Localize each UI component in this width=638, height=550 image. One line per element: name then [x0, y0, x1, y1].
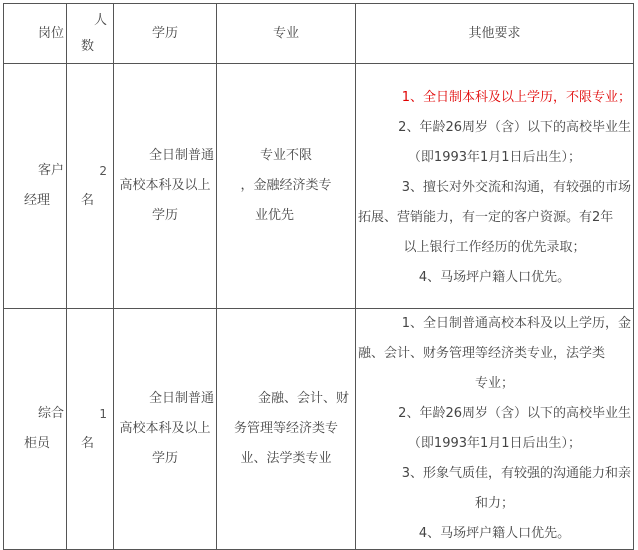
requirement-line: 融、会计、财务管理等经济类专业，法学类: [356, 339, 633, 369]
major-cell: 专业不限 ，金融经济类专 业优先: [217, 64, 356, 309]
count-number: 2: [67, 156, 113, 186]
requirement-line: （即1993年1月1日后出生）；: [356, 143, 633, 173]
major-line: ，金融经济类专: [217, 171, 355, 201]
count-cell: 1 名: [67, 309, 114, 550]
requirement-line-highlighted: 1、全日制本科及以上学历，不限专业；: [356, 83, 633, 113]
header-other-label: 其他要求: [468, 26, 520, 41]
header-row: 岗位 人 数 学历 专业 其他要求: [4, 4, 634, 64]
other-requirements-cell: 1、全日制本科及以上学历，不限专业； 2、年龄26周岁（含）以下的高校毕业生 （…: [356, 64, 634, 309]
header-count-top: 人: [67, 8, 113, 34]
position-cell: 综合 柜员: [4, 309, 67, 550]
education-line: 高校本科及以上: [114, 171, 216, 201]
education-line: 学历: [114, 444, 216, 474]
major-cell: 金融、会计、财 务管理等经济类专 业、法学类专业: [217, 309, 356, 550]
requirement-line: 4、马场坪户籍人口优先。: [356, 263, 633, 293]
requirement-line: 1、全日制普通高校本科及以上学历，金: [356, 309, 633, 339]
requirement-line: 专业；: [356, 369, 633, 399]
position-line: 经理: [4, 186, 66, 216]
requirement-line: 4、马场坪户籍人口优先。: [356, 519, 633, 549]
requirement-line: 3、形象气质佳，有较强的沟通能力和亲: [356, 459, 633, 489]
header-position: 岗位: [4, 4, 67, 64]
requirement-line: 拓展、营销能力，有一定的客户资源。有2年: [356, 203, 633, 233]
header-major-label: 专业: [273, 26, 299, 41]
requirement-line: 2、年龄26周岁（含）以下的高校毕业生: [356, 113, 633, 143]
table-row: 综合 柜员 1 名 全日制普通 高校本科及以上 学历 金融、会计、财 务管理等经…: [4, 309, 634, 550]
requirement-line: 以上银行工作经历的优先录取；: [356, 233, 633, 263]
count-unit: 名: [67, 186, 113, 216]
other-requirements-cell: 1、全日制普通高校本科及以上学历，金 融、会计、财务管理等经济类专业，法学类 专…: [356, 309, 634, 550]
education-cell: 全日制普通 高校本科及以上 学历: [114, 64, 217, 309]
education-cell: 全日制普通 高校本科及以上 学历: [114, 309, 217, 550]
major-line: 务管理等经济类专: [217, 414, 355, 444]
education-line: 全日制普通: [114, 141, 216, 171]
count-cell: 2 名: [67, 64, 114, 309]
table-row: 客户 经理 2 名 全日制普通 高校本科及以上 学历 专业不限 ，金融经济类专 …: [4, 64, 634, 309]
header-count-bottom: 数: [67, 34, 113, 60]
education-line: 学历: [114, 201, 216, 231]
header-position-label: 岗位: [38, 26, 64, 41]
position-line: 客户: [4, 156, 66, 186]
header-education-label: 学历: [152, 26, 178, 41]
header-major: 专业: [217, 4, 356, 64]
header-other: 其他要求: [356, 4, 634, 64]
education-line: 高校本科及以上: [114, 414, 216, 444]
position-line: 柜员: [4, 429, 66, 459]
count-unit: 名: [67, 429, 113, 459]
requirement-line: 2、年龄26周岁（含）以下的高校毕业生: [356, 399, 633, 429]
major-line: 专业不限: [217, 141, 355, 171]
major-line: 金融、会计、财: [217, 384, 355, 414]
requirement-line: 和力；: [356, 489, 633, 519]
position-line: 综合: [4, 399, 66, 429]
header-education: 学历: [114, 4, 217, 64]
count-number: 1: [67, 399, 113, 429]
requirement-line: 3、擅长对外交流和沟通，有较强的市场: [356, 173, 633, 203]
requirement-line: （即1993年1月1日后出生）；: [356, 429, 633, 459]
major-line: 业优先: [217, 201, 355, 231]
header-count: 人 数: [67, 4, 114, 64]
position-cell: 客户 经理: [4, 64, 67, 309]
recruitment-table: 岗位 人 数 学历 专业 其他要求 客户 经理 2 名 全日制普通 高校本科及以…: [3, 3, 634, 550]
education-line: 全日制普通: [114, 384, 216, 414]
major-line: 业、法学类专业: [217, 444, 355, 474]
